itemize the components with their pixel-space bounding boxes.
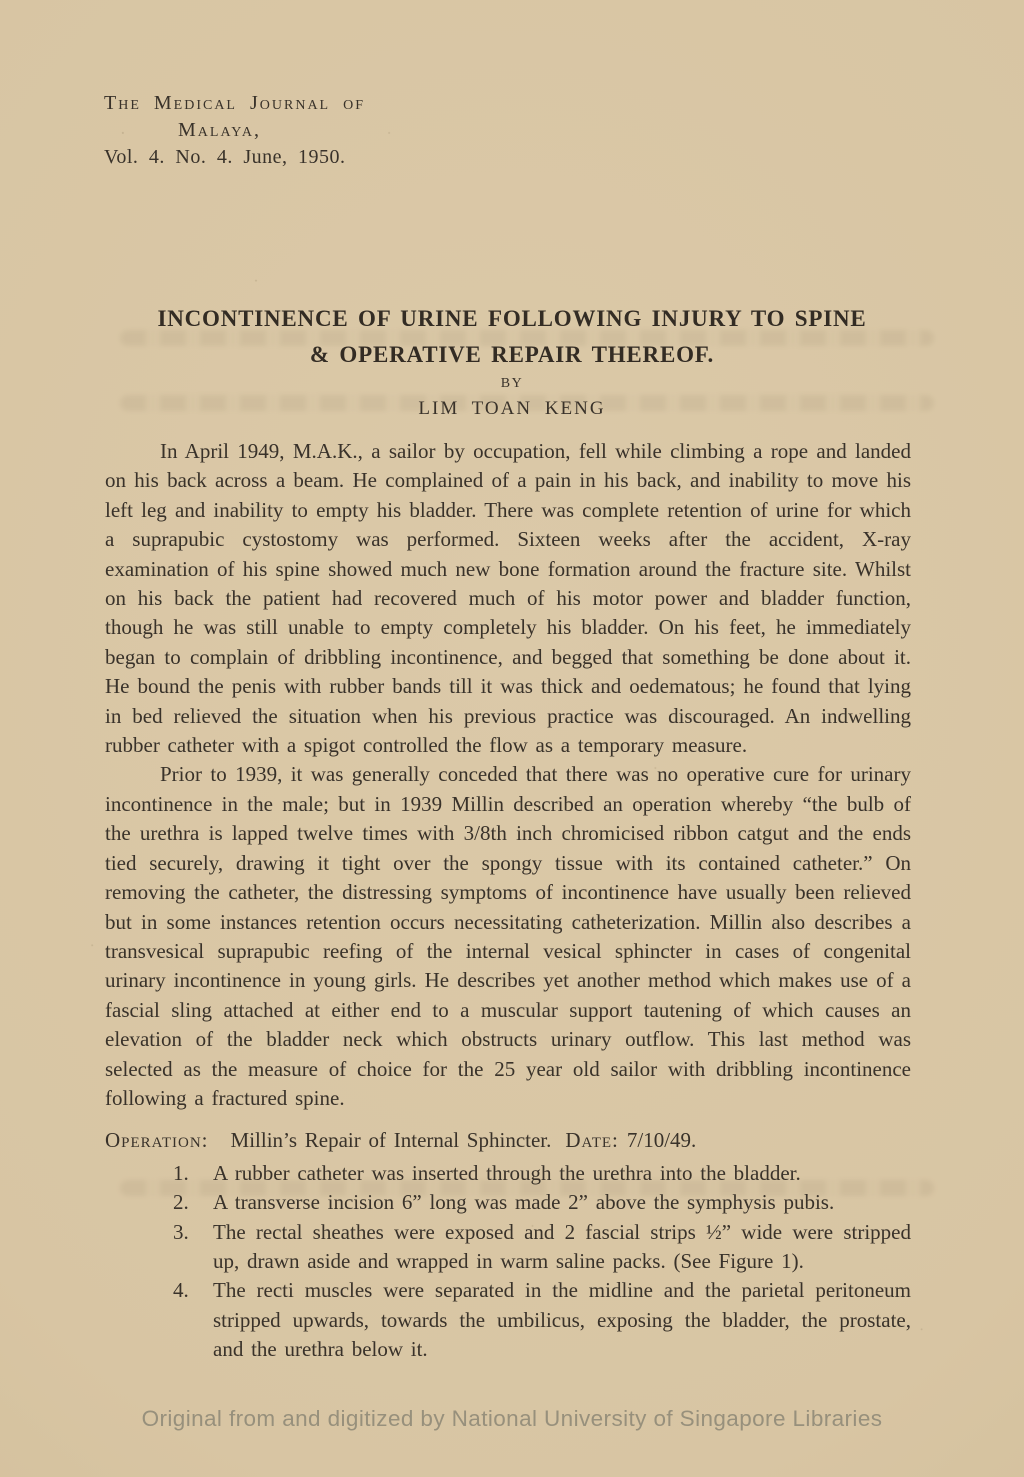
step-number: 1.: [173, 1159, 213, 1188]
operation-step: 3. The rectal sheathes were exposed and …: [105, 1218, 911, 1277]
operation-date-label: Date:: [565, 1128, 619, 1152]
journal-name-line1: The Medical Journal of: [104, 90, 365, 117]
journal-page: The Medical Journal of Malaya, Vol. 4. N…: [0, 0, 1024, 1477]
operation-steps-list: 1. A rubber catheter was inserted throug…: [105, 1159, 911, 1365]
journal-issue-line: Vol. 4. No. 4. June, 1950.: [104, 144, 365, 171]
step-text: The rectal sheathes were exposed and 2 f…: [213, 1218, 911, 1277]
byline-label: BY: [0, 376, 1024, 392]
operation-step: 1. A rubber catheter was inserted throug…: [105, 1159, 911, 1188]
operation-heading: Operation:Millin’s Repair of Internal Sp…: [105, 1126, 911, 1155]
background-paragraph: Prior to 1939, it was generally conceded…: [105, 760, 911, 1113]
step-text: A transverse incision 6” long was made 2…: [213, 1188, 911, 1217]
digitization-credit: Original from and digitized by National …: [0, 1406, 1024, 1432]
author-name: LIM TOAN KENG: [0, 398, 1024, 420]
journal-header: The Medical Journal of Malaya, Vol. 4. N…: [104, 90, 365, 171]
operation-step: 2. A transverse incision 6” long was mad…: [105, 1188, 911, 1217]
step-text: The recti muscles were separated in the …: [213, 1276, 911, 1364]
step-number: 3.: [173, 1218, 213, 1277]
step-number: 2.: [173, 1188, 213, 1217]
article-body: In April 1949, M.A.K., a sailor by occup…: [105, 437, 911, 1365]
article-title-line1: INCONTINENCE OF URINE FOLLOWING INJURY T…: [157, 306, 866, 331]
step-number: 4.: [173, 1276, 213, 1364]
operation-date-value: 7/10/49.: [619, 1128, 696, 1152]
article-title: INCONTINENCE OF URINE FOLLOWING INJURY T…: [0, 301, 1024, 373]
case-history-paragraph: In April 1949, M.A.K., a sailor by occup…: [105, 437, 911, 760]
operation-label: Operation:: [105, 1128, 209, 1152]
operation-step: 4. The recti muscles were separated in t…: [105, 1276, 911, 1364]
operation-procedure: Millin’s Repair of Internal Sphincter.: [209, 1128, 566, 1152]
step-text: A rubber catheter was inserted through t…: [213, 1159, 911, 1188]
journal-name-line2: Malaya,: [178, 117, 365, 144]
article-title-line2: & OPERATIVE REPAIR THEREOF.: [310, 342, 714, 367]
